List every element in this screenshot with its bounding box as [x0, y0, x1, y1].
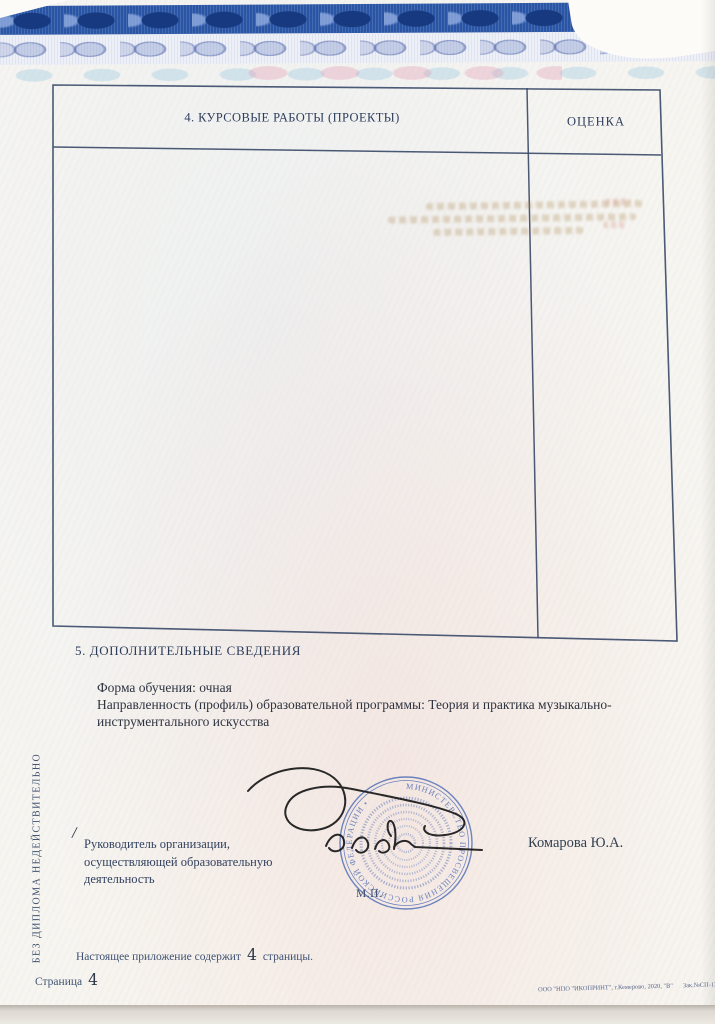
- handwritten-signature: [0, 0, 715, 1024]
- scan-right-shadow: [701, 0, 715, 1008]
- page-number-line: Страница4: [35, 971, 104, 989]
- page-number: 4: [88, 971, 98, 989]
- signer-name: Комарова Ю.А.: [528, 835, 623, 852]
- pages-count-number: 4: [247, 946, 257, 964]
- scan-bottom-edge: [0, 1005, 715, 1024]
- diploma-supplement-page: 4. КУРСОВЫЕ РАБОТЫ (ПРОЕКТЫ) ОЦЕНКА 5. Д…: [0, 0, 715, 1008]
- pages-count-note: Настоящее приложение содержит4страницы.: [76, 946, 313, 964]
